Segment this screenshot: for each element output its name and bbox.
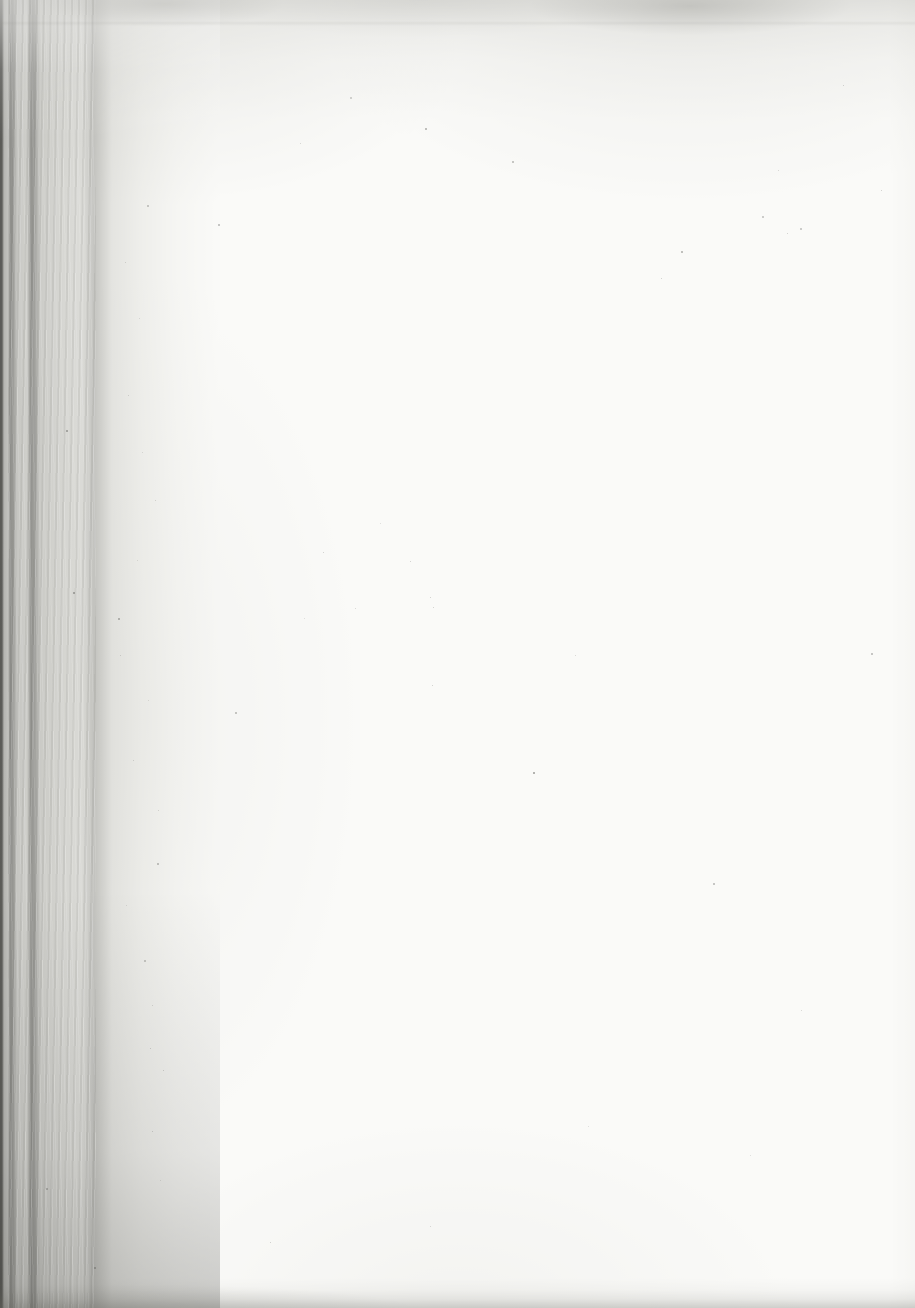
dust-speck	[148, 700, 149, 701]
dust-speck	[139, 318, 140, 319]
dust-speck	[425, 128, 427, 130]
dust-speck	[800, 228, 802, 230]
dust-speck	[94, 1267, 96, 1269]
dust-speck	[270, 1242, 271, 1243]
dust-speck	[235, 712, 237, 714]
dust-speck	[350, 97, 352, 99]
dust-speck	[787, 233, 788, 234]
dust-speck	[158, 810, 159, 811]
dust-speck	[762, 216, 764, 218]
dust-speck	[142, 452, 143, 453]
dust-speck	[120, 655, 121, 656]
dust-speck	[218, 224, 220, 226]
dust-speck	[73, 592, 75, 594]
dust-speck	[355, 608, 356, 609]
scanned-blank-page	[0, 0, 915, 1308]
dust-speck	[66, 430, 68, 432]
dust-speck	[778, 170, 779, 171]
dust-speck	[430, 1226, 431, 1227]
dust-speck	[46, 1188, 48, 1190]
dust-speck	[147, 205, 149, 207]
dust-speck	[575, 655, 576, 656]
dust-speck	[430, 597, 431, 598]
dust-speck	[150, 1048, 151, 1049]
dust-speck	[843, 85, 844, 86]
dust-speck	[801, 1010, 802, 1011]
dust-speck	[588, 1126, 589, 1127]
dust-speck	[533, 772, 535, 774]
dust-speck	[433, 607, 434, 608]
dust-speck	[681, 251, 683, 253]
dust-speck	[380, 523, 381, 524]
dust-speck	[118, 618, 120, 620]
dust-speck	[410, 561, 411, 562]
dust-speck	[128, 395, 129, 396]
dust-speck	[432, 685, 433, 686]
dust-speck	[163, 1070, 164, 1071]
dust-speck	[133, 760, 134, 761]
dust-speck	[661, 278, 662, 279]
dust-speck	[750, 1155, 751, 1156]
dust-speck	[304, 618, 305, 619]
dust-speck	[881, 190, 882, 191]
dust-speck	[512, 161, 514, 163]
dust-speck	[137, 560, 138, 561]
dust-speck	[160, 1180, 161, 1181]
dust-speck	[126, 905, 127, 906]
dust-speck	[713, 883, 715, 885]
dust-speck	[155, 500, 156, 501]
dust-speck	[152, 1005, 153, 1006]
dust-speck	[157, 863, 159, 865]
dust-speck	[125, 262, 126, 263]
dust-speck	[323, 552, 324, 553]
dust-speck	[144, 960, 146, 962]
dust-speck	[871, 653, 873, 655]
dust-speck	[152, 1131, 153, 1132]
dust-specks	[0, 0, 915, 1308]
dust-speck	[300, 143, 301, 144]
